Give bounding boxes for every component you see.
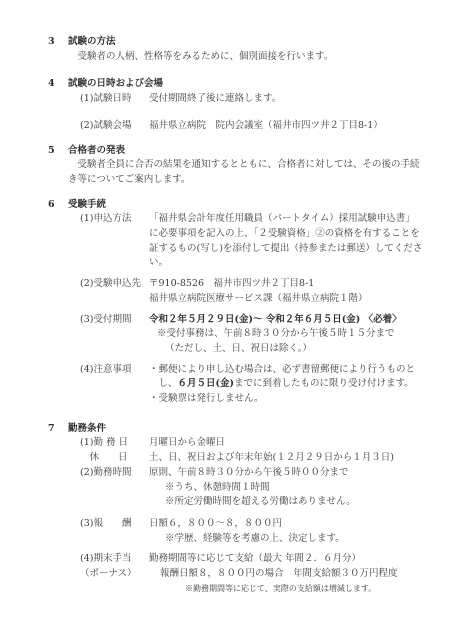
section-results-heading: 5 合格者の発表 — [48, 144, 432, 159]
item-value-line: ・受験票は発行しません。 — [149, 392, 432, 407]
section-exam-method-heading: 3 試験の方法 — [48, 35, 432, 50]
section-number: 4 — [48, 77, 68, 92]
section-number: 5 — [48, 144, 68, 159]
item-note-line: ※受付事務は、午前８時３０分から午後５時１５分まで — [149, 327, 432, 342]
item-label: (1)試験日時 — [80, 92, 149, 107]
item-working-hours: (2)勤務時間 原則、午前８時３０分から午後５時００分まで ※うち、休憩時間１時… — [80, 466, 432, 510]
section-title: 試験の方法 — [68, 35, 116, 50]
item-label: (4)注意事項 — [80, 363, 149, 407]
item-exam-venue: (2)試験会場 福井県立病院 院内会議室（福井市四ツ井２丁目8-1） — [80, 119, 432, 134]
acceptance-period-dates: 令和２年５月２９日(金)～ 令和２年６月５日(金) 〈必着〉 — [149, 313, 432, 328]
item-value-line: 福井県立病院医療サービス課（福井県立病院１階） — [149, 292, 432, 307]
item-value: 原則、午前８時３０分から午後５時００分まで — [149, 466, 432, 481]
section-title: 受験手続 — [68, 198, 106, 213]
item-value-line: 証するもの(写し)を添付して提出（持参または郵送）してくださ — [149, 242, 432, 257]
item-value-line: い。 — [149, 256, 432, 271]
item-value: 勤務期間等に応じて支給（最大 年間２．６月分） — [149, 552, 432, 567]
item-value: 土、日、祝日および年末年始(１２月２９日から１月３日) — [149, 451, 432, 466]
item-value-line: 「福井県会計年度任用職員（パートタイム）採用試験申込書」 — [149, 212, 432, 227]
item-note-line: ※学歴、経験等を考慮の上、決定します。 — [149, 532, 432, 547]
section-exam-datetime-venue: 4 試験の日時および会場 (1)試験日時 受付期間終了後に連絡します。 (2)試… — [48, 77, 432, 133]
section-number: 7 — [48, 422, 68, 437]
item-value: 受付期間終了後に連絡します。 — [149, 92, 432, 107]
section-exam-method: 3 試験の方法 受験者の人柄、性格等をみるために、個別面接を行います。 — [48, 35, 432, 64]
item-working-days: (1)勤 務 日 月曜日から金曜日 — [80, 436, 432, 451]
item-cautions: (4)注意事項 ・郵便により申し込む場合は、必ず書留郵便により行うものと し、６… — [80, 363, 432, 407]
section-procedure-heading: 6 受験手続 — [48, 198, 432, 213]
item-value: 報酬日額８，８００円の場合 年間支給額３０万円程度 — [149, 567, 432, 582]
caution-deadline-date: ６月５日(金) — [178, 378, 235, 389]
item-value: 福井県立病院 院内会議室（福井市四ツ井２丁目8-1） — [149, 119, 432, 134]
item-label: (2)受験申込先 — [80, 277, 149, 306]
section-number: 3 — [48, 35, 68, 50]
item-exam-datetime: (1)試験日時 受付期間終了後に連絡します。 — [80, 92, 432, 107]
item-bonus: （ボーナス） 報酬日額８，８００円の場合 年間支給額３０万円程度 ※勤務期間等に… — [80, 567, 432, 596]
caution-text: し、 — [159, 378, 178, 389]
section-body-text: 受験者全員に合否の結果を通知するとともに、合格者に対しては、その後の手続き等につ… — [68, 158, 426, 187]
item-acceptance-period: (3)受付期間 令和２年５月２９日(金)～ 令和２年６月５日(金) 〈必着〉 ※… — [80, 313, 432, 357]
item-application-method: (1)申込方法 「福井県会計年度任用職員（パートタイム）採用試験申込書」 に必要… — [80, 212, 432, 271]
item-label: (2)勤務時間 — [80, 466, 149, 510]
item-note-line: ※所定労働時間を超える労働はありません。 — [149, 495, 432, 510]
item-note-line: （ただし、土、日、祝日は除く。） — [149, 342, 432, 357]
item-value: 月曜日から金曜日 — [149, 436, 432, 451]
item-label: (4)期末手当 — [80, 552, 149, 567]
section-results-announcement: 5 合格者の発表 受験者全員に合否の結果を通知するとともに、合格者に対しては、そ… — [48, 144, 432, 188]
item-label: (1)申込方法 — [80, 212, 149, 271]
caution-text: までに到着したものに限り受け付けます。 — [234, 378, 414, 389]
section-exam-datetime-heading: 4 試験の日時および会場 — [48, 77, 432, 92]
section-title: 試験の日時および会場 — [68, 77, 163, 92]
item-value-line: し、６月５日(金)までに到着したものに限り受け付けます。 — [149, 377, 432, 392]
item-remuneration: (3)報 酬 日額６，８００～８，８００円 ※学歴、経験等を考慮の上、決定します… — [80, 517, 432, 546]
section-title: 勤務条件 — [68, 422, 106, 437]
section-number: 6 — [48, 198, 68, 213]
item-note-line: ※勤務期間等に応じて、実際の支給額は増減します。 — [149, 582, 432, 597]
item-value-line: に必要事項を記入の上、「２受験資格」②の資格を有することを — [149, 227, 432, 242]
item-value-line: ・郵便により申し込む場合は、必ず書留郵便により行うものと — [149, 363, 432, 378]
section-application-procedure: 6 受験手続 (1)申込方法 「福井県会計年度任用職員（パートタイム）採用試験申… — [48, 198, 432, 407]
section-body-text: 受験者の人柄、性格等をみるために、個別面接を行います。 — [68, 50, 426, 65]
section-title: 合格者の発表 — [68, 144, 125, 159]
item-label: (3)受付期間 — [80, 313, 149, 357]
section-working-heading: 7 勤務条件 — [48, 422, 432, 437]
document-page: 3 試験の方法 受験者の人柄、性格等をみるために、個別面接を行います。 4 試験… — [0, 0, 452, 640]
item-label: 休 日 — [80, 451, 149, 466]
item-value-line: 〒910-8526 福井市四ツ井２丁目8-1 — [149, 277, 432, 292]
item-term-end-allowance: (4)期末手当 勤務期間等に応じて支給（最大 年間２．６月分） — [80, 552, 432, 567]
item-label: （ボーナス） — [80, 567, 149, 596]
item-days-off: 休 日 土、日、祝日および年末年始(１２月２９日から１月３日) — [80, 451, 432, 466]
item-value: 日額６，８００～８，８００円 — [149, 517, 432, 532]
item-label: (2)試験会場 — [80, 119, 149, 134]
item-label: (1)勤 務 日 — [80, 436, 149, 451]
item-note-line: ※うち、休憩時間１時間 — [149, 481, 432, 496]
item-label: (3)報 酬 — [80, 517, 149, 546]
item-application-address: (2)受験申込先 〒910-8526 福井市四ツ井２丁目8-1 福井県立病院医療… — [80, 277, 432, 306]
section-working-conditions: 7 勤務条件 (1)勤 務 日 月曜日から金曜日 休 日 土、日、祝日および年末… — [48, 422, 432, 597]
